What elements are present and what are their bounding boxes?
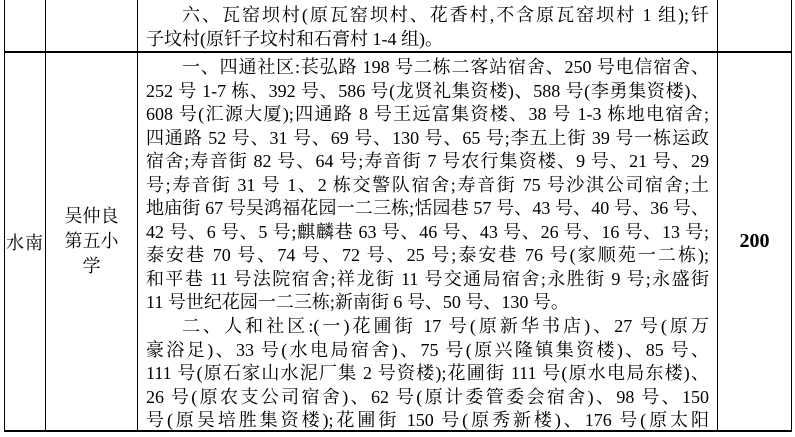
text-line: 地庙街 67 号吴鸿福花园一二三栋;恬园巷 57 号、43 号、40 号、36 …	[146, 197, 709, 221]
school-cell-empty	[46, 0, 138, 51]
text-line: 42 号、6 号、5 号;麒麟巷 63 号、46 号、43 号、26 号、16 …	[146, 221, 709, 245]
text-line: 11 号世纪花园一二三栋;新南街 6 号、50 号、130 号。	[146, 291, 709, 315]
school-name: 吴仲良第五小学	[63, 204, 121, 279]
text-line: 号;寿音街 31 号 1、2 栋交警队宿舍;寿音街 75 号沙淇公司宿舍;土	[146, 174, 709, 198]
township-cell: 水南	[5, 53, 46, 430]
table-row-shuinan-school: 水南 吴仲良第五小学 一、四通社区:苌弘路 198 号二栋二客站宿舍、250 号…	[5, 53, 791, 430]
township-name: 水南	[6, 229, 44, 255]
text-line: 一、四通社区:苌弘路 198 号二栋二客站宿舍、250 号电信宿舍、	[146, 56, 709, 80]
table-row-previous-school: 六、瓦窑坝村(原瓦窑坝村、花香村,不含原瓦窑坝村 1 组);钎 子坟村(原钎子坟…	[5, 0, 791, 53]
text-line: 宿舍;寿音街 82 号、64 号;寿音街 7 号农行集资楼、9 号、21 号、2…	[146, 150, 709, 174]
village-scope-cell: 六、瓦窑坝村(原瓦窑坝村、花香村,不含原瓦窑坝村 1 组);钎 子坟村(原钎子坟…	[138, 0, 718, 51]
text-line: 608 号(汇源大厦);四通路 8 号王远富集资楼、38 号 1-3 栋地电宿舍…	[146, 103, 709, 127]
text-line: 四通路 52 号、31 号、69 号、130 号、65 号;李五上街 39 号一…	[146, 127, 709, 151]
address-scope-cell: 一、四通社区:苌弘路 198 号二栋二客站宿舍、250 号电信宿舍、 252 号…	[138, 53, 718, 430]
quota-cell: 200	[718, 53, 791, 430]
text-line: 子坟村(原钎子坟村和石膏村 1-4 组)。	[146, 27, 709, 51]
text-line: 252 号 1-7 栋、392 号、586 号(龙贤礼集资楼)、588 号(李勇…	[146, 80, 709, 104]
text-line: 号(原吴培胜集资楼);花圃街 150 号(原秀新楼)、176 号(原太阳	[146, 409, 709, 430]
text-line: 六、瓦窑坝村(原瓦窑坝村、花香村,不含原瓦窑坝村 1 组);钎	[146, 3, 709, 27]
quota-value: 200	[740, 230, 770, 253]
text-line: 和平巷 11 号法院宿舍;祥龙街 11 号交通局宿舍;永胜街 9 号;永盛街	[146, 268, 709, 292]
text-line: 26 号(原农支公司宿舍)、62 号(原计委管委会宿舍)、98 号、150	[146, 386, 709, 410]
enrollment-zoning-table: 六、瓦窑坝村(原瓦窑坝村、花香村,不含原瓦窑坝村 1 组);钎 子坟村(原钎子坟…	[4, 0, 792, 432]
school-cell: 吴仲良第五小学	[46, 53, 138, 430]
text-line: 111 号(原石家山水泥厂集 2 号资楼);花圃街 111 号(原水电局东楼)、	[146, 362, 709, 386]
text-line: 豪浴足)、33 号(水电局宿舍)、75 号(原兴隆镇集资楼)、85 号、	[146, 339, 709, 363]
township-cell-empty	[5, 0, 46, 51]
text-line: 二、人和社区:(一)花圃街 17 号(原新华书店)、27 号(原万	[146, 315, 709, 339]
document-page: 六、瓦窑坝村(原瓦窑坝村、花香村,不含原瓦窑坝村 1 组);钎 子坟村(原钎子坟…	[0, 0, 795, 437]
text-line: 泰安巷 70 号、74 号、72 号、25 号;泰安巷 76 号(家顺苑一二栋)…	[146, 244, 709, 268]
quota-cell-empty	[718, 0, 791, 51]
